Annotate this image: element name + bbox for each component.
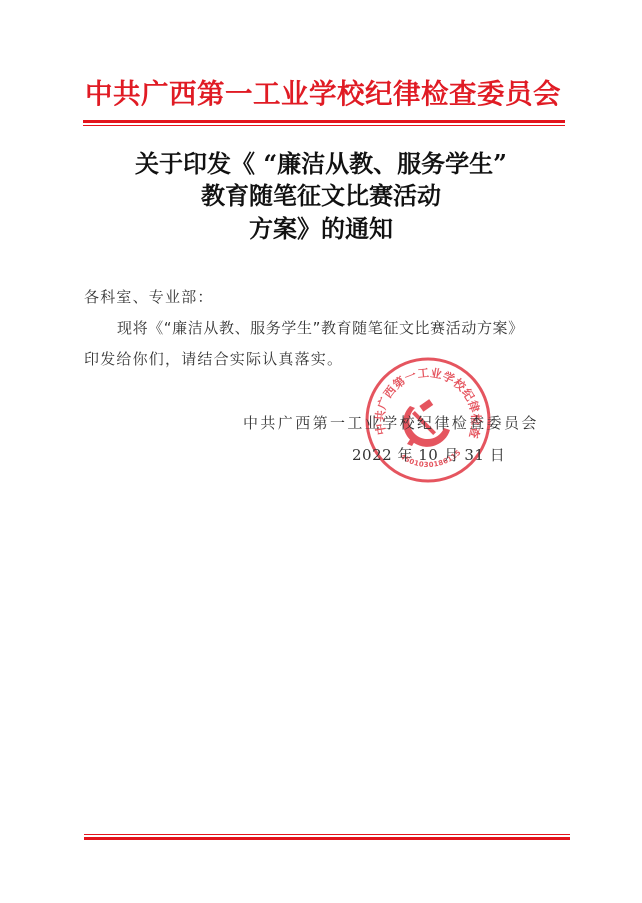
document-title-line-3: 方案》的通知 — [60, 213, 582, 245]
document-title-line-2: 教育随笔征文比赛活动 — [60, 180, 582, 212]
signature-date: 2022 年 10 月 31 日 — [352, 445, 505, 465]
organization-header: 中共广西第一工业学校纪律检查委员会 — [80, 74, 566, 114]
body-paragraph-line-2: 印发给你们，请结合实际认真落实。 — [84, 349, 343, 369]
salutation: 各科室、专业部： — [84, 287, 214, 307]
footer-rule-thick — [84, 837, 570, 840]
footer-rule-thin — [84, 834, 570, 835]
header-rule-thin — [83, 125, 565, 126]
body-paragraph-line-1: 现将《“廉洁从教、服务学生”教育随笔征文比赛活动方案》 — [117, 318, 524, 338]
document-title-line-1: 关于印发《 “廉洁从教、服务学生” — [60, 148, 582, 180]
signature-organization: 中共广西第一工业学校纪律检查委员会 — [243, 413, 539, 433]
header-rule-thick — [83, 120, 565, 123]
